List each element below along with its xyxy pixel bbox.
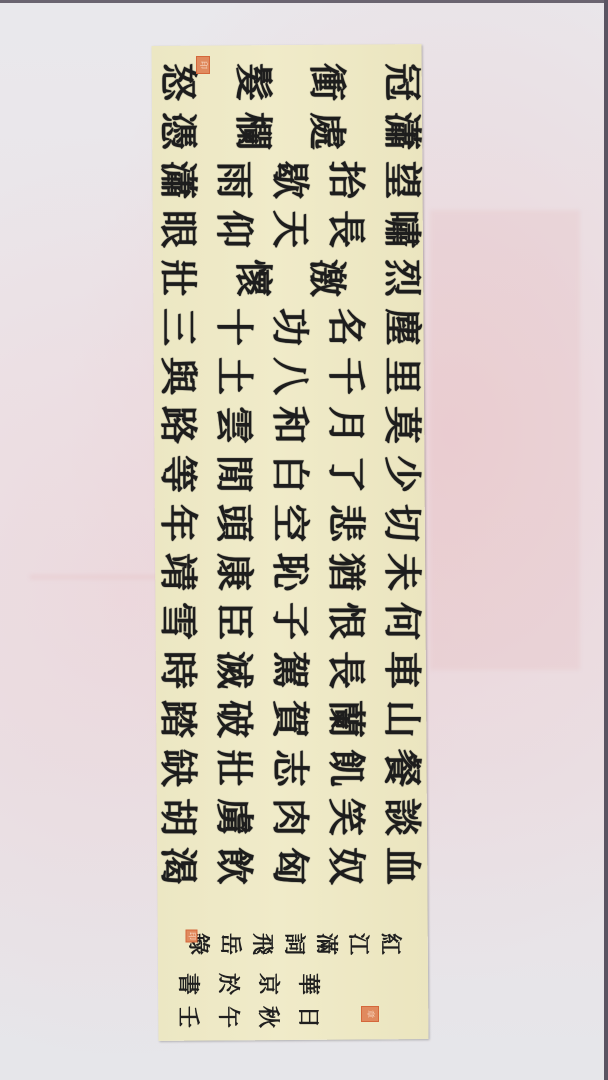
photo-frame-edge — [604, 0, 608, 1080]
signature-seal: 章 — [361, 1006, 379, 1022]
pink-stain-line — [30, 575, 160, 579]
calligraphy-character: 飢 — [324, 746, 368, 790]
calligraphy-character: 奴 — [324, 844, 368, 888]
calligraphy-character: 駕 — [268, 648, 312, 692]
colophon-start-seal: 印 — [186, 930, 198, 943]
calligraphy-character: 靖 — [156, 550, 200, 594]
calligraphy-character: 雨 — [212, 158, 256, 202]
colophon-character: 京 — [255, 971, 281, 997]
calligraphy-character: 悲 — [324, 501, 368, 545]
calligraphy-character: 缺 — [156, 746, 200, 790]
calligraphy-character: 千 — [324, 354, 368, 398]
calligraphy-character: 志 — [268, 746, 312, 790]
colophon-character: 岳 — [217, 931, 243, 957]
calligraphy-character: 血 — [380, 844, 424, 888]
calligraphy-character: 切 — [380, 501, 424, 545]
calligraphy-character: 匈 — [268, 844, 312, 888]
calligraphy-character: 子 — [268, 599, 312, 643]
calligraphy-character: 猶 — [324, 550, 368, 594]
colophon-character: 午 — [215, 1004, 241, 1030]
calligraphy-character: 等 — [156, 452, 200, 496]
calligraphy-character: 壯 — [156, 256, 200, 300]
calligraphy-character: 年 — [156, 501, 200, 545]
calligraphy-character: 月 — [324, 403, 368, 447]
colophon-character: 秋 — [255, 1004, 281, 1030]
photo-frame-edge — [0, 0, 608, 3]
calligraphy-character: 踏 — [156, 697, 200, 741]
calligraphy-character: 餐 — [380, 746, 424, 790]
calligraphy-character: 八 — [268, 354, 312, 398]
calligraphy-character: 空 — [268, 501, 312, 545]
calligraphy-character: 里 — [380, 354, 424, 398]
calligraphy-character: 塵 — [380, 305, 424, 349]
calligraphy-character: 憑 — [156, 109, 200, 153]
calligraphy-character: 土 — [212, 354, 256, 398]
calligraphy-character: 雲 — [212, 403, 256, 447]
calligraphy-character: 時 — [156, 648, 200, 692]
calligraphy-character: 眼 — [156, 207, 200, 251]
calligraphy-character: 三 — [156, 305, 200, 349]
calligraphy-character: 肉 — [268, 795, 312, 839]
calligraphy-character: 路 — [156, 403, 200, 447]
calligraphy-character: 渴 — [156, 844, 200, 888]
leading-seal: 印 — [196, 56, 210, 74]
calligraphy-character: 恨 — [324, 599, 368, 643]
calligraphy-character: 冠 — [380, 60, 424, 104]
calligraphy-character: 雪 — [156, 599, 200, 643]
calligraphy-character: 未 — [380, 550, 424, 594]
calligraphy-character: 歇 — [268, 158, 312, 202]
calligraphy-character: 名 — [324, 305, 368, 349]
colophon-character: 日 — [295, 1004, 321, 1030]
pink-stain — [430, 210, 580, 670]
calligraphy-character: 莫 — [380, 403, 424, 447]
calligraphy-character: 瀟 — [156, 158, 200, 202]
calligraphy-character: 談 — [380, 795, 424, 839]
colophon-character: 於 — [215, 971, 241, 997]
calligraphy-character: 處 — [305, 109, 349, 153]
calligraphy-character: 蘭 — [324, 697, 368, 741]
colophon-character: 江 — [345, 931, 371, 957]
calligraphy-character: 和 — [268, 403, 312, 447]
calligraphy-character: 十 — [212, 305, 256, 349]
calligraphy-character: 懷 — [231, 256, 275, 300]
calligraphy-character: 功 — [268, 305, 312, 349]
calligraphy-character: 頭 — [212, 501, 256, 545]
calligraphy-character: 破 — [212, 697, 256, 741]
calligraphy-character: 何 — [380, 599, 424, 643]
calligraphy-character: 胡 — [156, 795, 200, 839]
calligraphy-character: 臣 — [212, 599, 256, 643]
calligraphy-character: 滅 — [212, 648, 256, 692]
colophon-character: 紅 — [377, 931, 403, 957]
calligraphy-character: 髮 — [231, 60, 275, 104]
calligraphy-character: 壯 — [212, 746, 256, 790]
calligraphy-character: 白 — [268, 452, 312, 496]
calligraphy-character: 烈 — [380, 256, 424, 300]
calligraphy-character: 衝 — [305, 60, 349, 104]
colophon-character: 滿 — [313, 931, 339, 957]
colophon-character: 華 — [295, 971, 321, 997]
calligraphy-character: 怒 — [156, 60, 200, 104]
calligraphy-character: 閒 — [212, 452, 256, 496]
calligraphy-character: 賀 — [268, 697, 312, 741]
calligraphy-character: 飲 — [212, 844, 256, 888]
calligraphy-character: 激 — [305, 256, 349, 300]
calligraphy-character: 欄 — [231, 109, 275, 153]
calligraphy-character: 笑 — [324, 795, 368, 839]
calligraphy-character: 與 — [156, 354, 200, 398]
colophon-character: 書 — [175, 971, 201, 997]
calligraphy-character: 了 — [324, 452, 368, 496]
calligraphy-character: 長 — [324, 207, 368, 251]
calligraphy-character: 嘯 — [380, 207, 424, 251]
calligraphy-character: 少 — [380, 452, 424, 496]
colophon-character: 詞 — [281, 931, 307, 957]
calligraphy-character: 虜 — [212, 795, 256, 839]
calligraphy-character: 恥 — [268, 550, 312, 594]
calligraphy-character: 望 — [380, 158, 424, 202]
colophon-character: 飛 — [249, 931, 275, 957]
calligraphy-character: 長 — [324, 648, 368, 692]
calligraphy-character: 康 — [212, 550, 256, 594]
calligraphy-character: 仰 — [212, 207, 256, 251]
calligraphy-character: 山 — [380, 697, 424, 741]
colophon-character: 壬 — [175, 1004, 201, 1030]
calligraphy-character: 瀟 — [380, 109, 424, 153]
calligraphy-character: 車 — [380, 648, 424, 692]
calligraphy-character: 抬 — [324, 158, 368, 202]
calligraphy-character: 天 — [268, 207, 312, 251]
